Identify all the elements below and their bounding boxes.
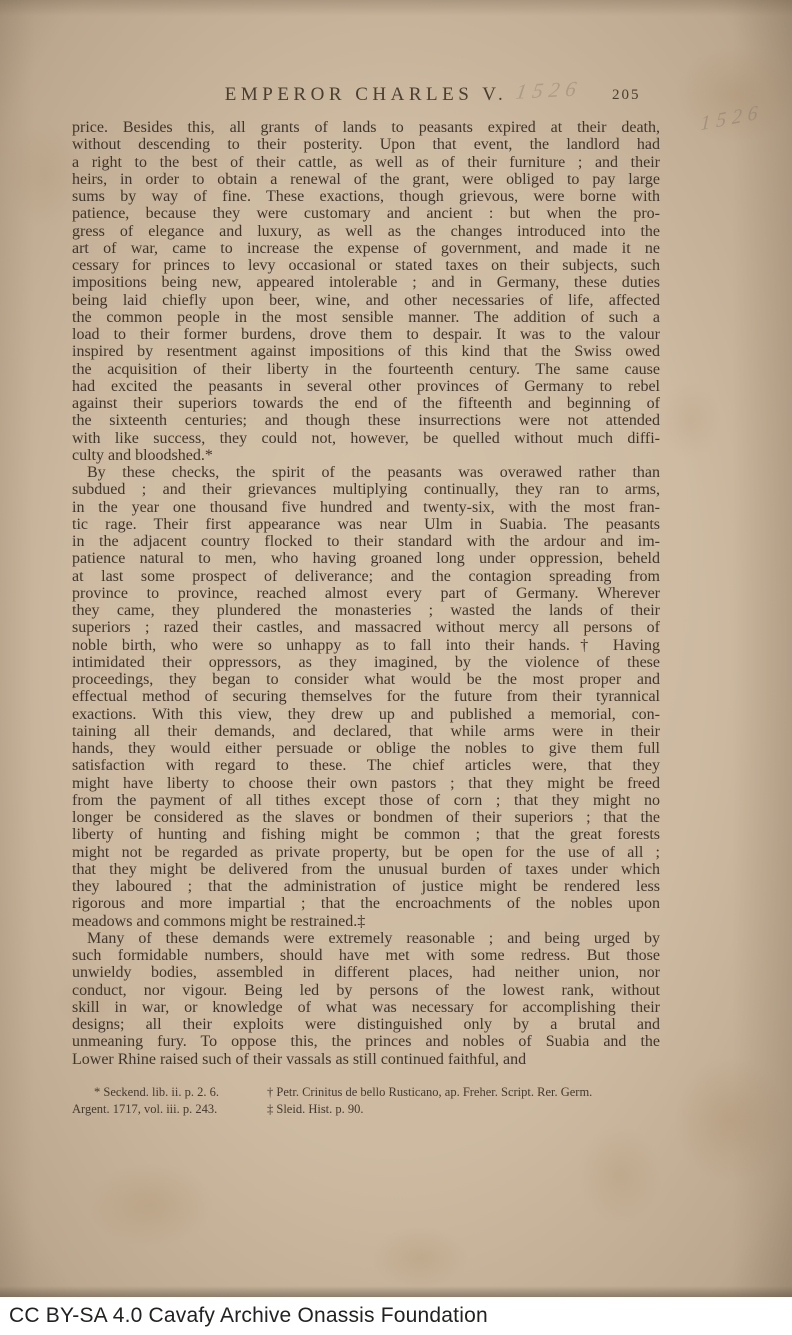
text-line-p2: meadows and commons might be restrained.… [72, 913, 660, 930]
text-line-p2: they came, they plundered the monasterie… [72, 602, 660, 619]
text-line-p2: tic rage. Their first appearance was nea… [72, 516, 660, 533]
text-line-p3: Many of these demands were extremely rea… [72, 930, 660, 947]
text-line-p2: superiors ; razed their castles, and mas… [72, 619, 660, 636]
text-line-p2: subdued ; and their grievances multiplyi… [72, 481, 660, 498]
text-line-p2: they laboured ; that the administration … [72, 878, 660, 895]
text-line-p2: that they might be delivered from the un… [72, 861, 660, 878]
text-line-p1: without descending to their posterity. U… [72, 136, 660, 153]
text-line-p3: skill in war, or knowledge of what was n… [72, 999, 660, 1016]
text-line-p2: in the adjacent country flocked to their… [72, 533, 660, 550]
text-line-p1: sums by way of fine. These exactions, th… [72, 188, 660, 205]
text-line-p2: proceedings, they began to consider what… [72, 671, 660, 688]
text-line-p2: in the year one thousand five hundred an… [72, 499, 660, 516]
text-line-p1: impositions being new, appeared intolera… [72, 274, 660, 291]
text-line-p3: Lower Rhine raised such of their vassals… [72, 1051, 660, 1068]
text-line-p2: longer be considered as the slaves or bo… [72, 809, 660, 826]
text-line-p1: art of war, came to increase the expense… [72, 240, 660, 257]
handwritten-year-margin: 1526 [700, 101, 764, 137]
screenshot-root: EMPEROR CHARLES V. 1526 205 1526 price. … [0, 0, 792, 1335]
text-line-p2: hands, they would either persuade or obl… [72, 740, 660, 757]
text-line-p1: cessary for princes to levy occasional o… [72, 257, 660, 274]
text-line-p2: effectual method of securing themselves … [72, 688, 660, 705]
handwritten-year-inline: 1526 [514, 76, 584, 105]
license-bar: CC BY-SA 4.0 Cavafy Archive Onassis Foun… [0, 1297, 792, 1335]
text-line-p2: might have liberty to choose their own p… [72, 775, 660, 792]
text-line-p1: being laid chiefly upon beer, wine, and … [72, 292, 660, 309]
text-line-p1: the acquisition of their liberty in the … [72, 361, 660, 378]
text-line-p1: against their superiors towards the end … [72, 395, 660, 412]
text-line-p2: province to province, reached almost eve… [72, 585, 660, 602]
text-line-p1: load to their former burdens, drove them… [72, 326, 660, 343]
text-line-p2: at last some prospect of deliverance; an… [72, 568, 660, 585]
text-line-p3: unwieldy bodies, assembled in different … [72, 964, 660, 981]
footnote-line: Argent. 1717, vol. iii. p. 243. ‡ Sleid.… [72, 1102, 672, 1119]
text-line-p1: had excited the peasants in several othe… [72, 378, 660, 395]
text-line-p1: price. Besides this, all grants of lands… [72, 119, 660, 136]
text-line-p1: gress of elegance and luxury, as well as… [72, 223, 660, 240]
text-line-p2: patience natural to men, who having groa… [72, 550, 660, 567]
body-text: price. Besides this, all grants of lands… [72, 119, 660, 1068]
text-line-p1: with like success, they could not, howev… [72, 430, 660, 447]
text-line-p2: By these checks, the spirit of the peasa… [72, 464, 660, 481]
text-line-p3: such formidable numbers, should have met… [72, 947, 660, 964]
text-line-p2: liberty of hunting and fishing might be … [72, 826, 660, 843]
text-line-p2: from the payment of all tithes except th… [72, 792, 660, 809]
footnote-line: * Seckend. lib. ii. p. 2. 6. † Petr. Cri… [72, 1085, 672, 1102]
text-line-p2: intimidated their oppressors, as they im… [72, 654, 660, 671]
text-line-p3: unmeaning fury. To oppose this, the prin… [72, 1033, 660, 1050]
text-line-p1: heirs, in order to obtain a renewal of t… [72, 171, 660, 188]
text-line-p2: noble birth, who were so unhappy as to f… [72, 637, 660, 654]
text-line-p1: the common people in the most sensible m… [72, 309, 660, 326]
footnote-sleidan: ‡ Sleid. Hist. p. 90. [267, 1102, 364, 1117]
text-line-p1: inspired by resentment against impositio… [72, 343, 660, 360]
text-line-p1: the sixteenth centuries; and though thes… [72, 412, 660, 429]
footnotes: * Seckend. lib. ii. p. 2. 6. † Petr. Cri… [72, 1085, 672, 1118]
text-line-p3: conduct, nor vigour. Being led by person… [72, 982, 660, 999]
text-line-p3: designs; all their exploits were disting… [72, 1016, 660, 1033]
text-line-p2: exactions. With this view, they drew up … [72, 706, 660, 723]
footnote-seckendorf: * Seckend. lib. ii. p. 2. 6. [94, 1085, 219, 1100]
text-line-p1: patience, because they were customary an… [72, 205, 660, 222]
footnote-crinitus: † Petr. Crinitus de bello Rusticano, ap.… [267, 1085, 592, 1100]
text-line-p2: rigorous and more impartial ; that the e… [72, 895, 660, 912]
text-line-p2: might not be regarded as private propert… [72, 844, 660, 861]
book-page-scan: EMPEROR CHARLES V. 1526 205 1526 price. … [0, 0, 792, 1297]
license-text: CC BY-SA 4.0 Cavafy Archive Onassis Foun… [9, 1304, 488, 1328]
text-line-p2: satisfaction with regard to these. The c… [72, 757, 660, 774]
text-line-p1: a right to the best of their cattle, as … [72, 154, 660, 171]
text-line-p2: taining all their demands, and declared,… [72, 723, 660, 740]
footnote-seckendorf-continued: Argent. 1717, vol. iii. p. 243. [72, 1102, 217, 1117]
text-line-p1: culty and bloodshed.* [72, 447, 660, 464]
page-number: 205 [612, 87, 641, 104]
